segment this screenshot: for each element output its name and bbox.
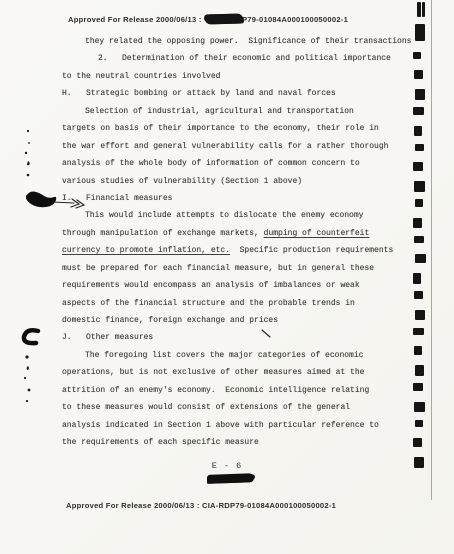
stray-pen-mark-icon bbox=[262, 330, 270, 337]
ink-specks-icon bbox=[25, 130, 30, 176]
ink-dots-icon bbox=[24, 355, 31, 402]
arrow-icon bbox=[52, 199, 84, 208]
check-blob-icon bbox=[26, 192, 56, 208]
document-page: Approved For Release 2000/06/13 : P79-01… bbox=[0, 0, 454, 554]
c-mark-icon bbox=[24, 330, 38, 343]
handwritten-margin-annotations bbox=[0, 0, 454, 554]
